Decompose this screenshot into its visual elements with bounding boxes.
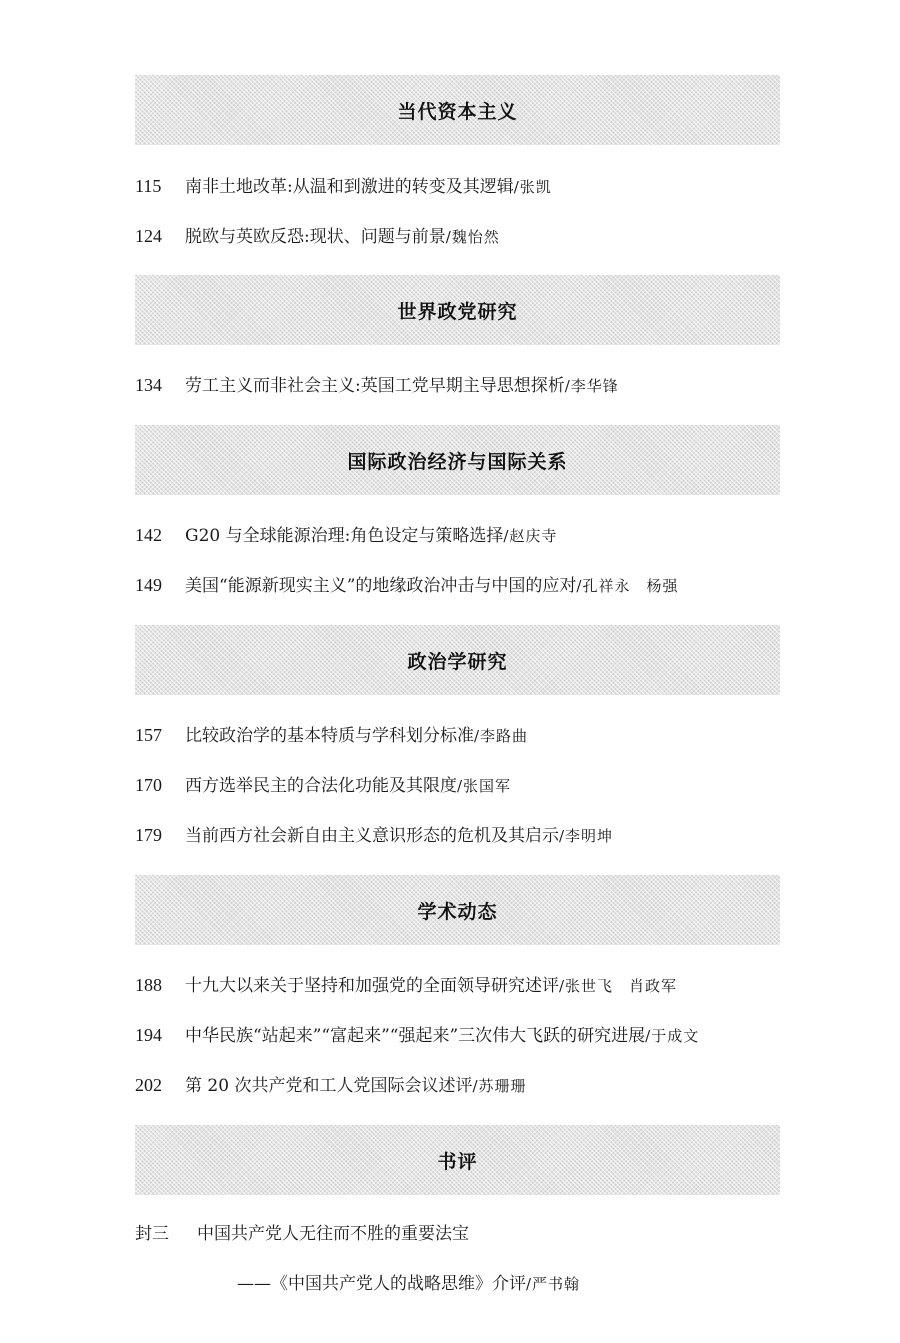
article-title: 南非土地改革:从温和到激进的转变及其逻辑 [185,177,514,197]
toc-entry[interactable]: 170西方选举民主的合法化功能及其限度/张国军 [135,773,511,798]
page-number: 179 [135,823,185,847]
toc-entry[interactable]: 115南非土地改革:从温和到激进的转变及其逻辑/张凯 [135,174,552,199]
article-author: /张世飞 肖政军 [559,977,677,995]
page-number: 157 [135,723,185,747]
section-title: 当代资本主义 [397,97,517,124]
article-author: /李华锋 [565,377,619,395]
section-title: 世界政党研究 [397,297,517,324]
cover-entry-subtitle[interactable]: ——《中国共产党人的战略思维》介评/严书翰 [237,1272,580,1296]
page-number: 142 [135,523,185,547]
section-title: 政治学研究 [407,647,507,674]
page-number: 149 [135,573,185,597]
page-number: 124 [135,224,185,248]
article-title: 脱欧与英欧反恐:现状、问题与前景 [185,227,446,247]
page-number: 194 [135,1023,185,1047]
article-title: 美国“能源新现实主义”的地缘政治冲击与中国的应对 [185,576,576,596]
section-header: 当代资本主义 [135,75,780,145]
article-author: /魏怡然 [446,228,500,246]
article-author: /张凯 [514,178,552,196]
toc-entry[interactable]: 124脱欧与英欧反恐:现状、问题与前景/魏怡然 [135,224,500,249]
section-header: 学术动态 [135,875,780,945]
toc-entry[interactable]: 202第 20 次共产党和工人党国际会议述评/苏珊珊 [135,1073,527,1098]
article-title: G20 与全球能源治理:角色设定与策略选择 [185,526,503,546]
article-author: /苏珊珊 [472,1077,526,1095]
section-header: 书评 [135,1125,780,1195]
page-label: 封三 [135,1222,197,1246]
article-author: /于成文 [645,1027,699,1045]
article-subtitle: ——《中国共产党人的战略思维》介评 [237,1274,526,1294]
section-header: 世界政党研究 [135,275,780,345]
article-author: /张国军 [457,777,511,795]
toc-entry[interactable]: 188十九大以来关于坚持和加强党的全面领导研究述评/张世飞 肖政军 [135,973,677,998]
page-number: 115 [135,174,185,198]
page-number: 134 [135,373,185,397]
page-number: 188 [135,973,185,997]
cover-entry[interactable]: 封三中国共产党人无往而不胜的重要法宝 [135,1222,469,1246]
article-author: /李路曲 [474,727,528,745]
article-title: 劳工主义而非社会主义:英国工党早期主导思想探析 [185,376,565,396]
article-title: 比较政治学的基本特质与学科划分标准 [185,726,474,746]
page-number: 202 [135,1073,185,1097]
toc-entry[interactable]: 157比较政治学的基本特质与学科划分标准/李路曲 [135,723,528,748]
toc-entry[interactable]: 179当前西方社会新自由主义意识形态的危机及其启示/李明坤 [135,823,613,848]
page-number: 170 [135,773,185,797]
section-header: 国际政治经济与国际关系 [135,425,780,495]
section-title: 书评 [437,1147,477,1174]
article-author: /李明坤 [559,827,613,845]
article-title: 中华民族“站起来”“富起来”“强起来”三次伟大飞跃的研究进展 [185,1026,645,1046]
section-title: 国际政治经济与国际关系 [347,447,567,474]
article-author: /严书翰 [526,1275,580,1293]
toc-entry[interactable]: 194中华民族“站起来”“富起来”“强起来”三次伟大飞跃的研究进展/于成文 [135,1023,699,1048]
article-author: /赵庆寺 [503,527,557,545]
article-title: 中国共产党人无往而不胜的重要法宝 [197,1224,469,1244]
toc-entry[interactable]: 142G20 与全球能源治理:角色设定与策略选择/赵庆寺 [135,523,557,548]
section-title: 学术动态 [417,897,497,924]
article-author: /孔祥永 杨强 [576,577,678,595]
section-header: 政治学研究 [135,625,780,695]
article-title: 当前西方社会新自由主义意识形态的危机及其启示 [185,826,559,846]
article-title: 十九大以来关于坚持和加强党的全面领导研究述评 [185,976,559,996]
article-title: 第 20 次共产党和工人党国际会议述评 [185,1076,472,1096]
toc-entry[interactable]: 134劳工主义而非社会主义:英国工党早期主导思想探析/李华锋 [135,373,619,398]
toc-entry[interactable]: 149美国“能源新现实主义”的地缘政治冲击与中国的应对/孔祥永 杨强 [135,573,678,598]
article-title: 西方选举民主的合法化功能及其限度 [185,776,457,796]
